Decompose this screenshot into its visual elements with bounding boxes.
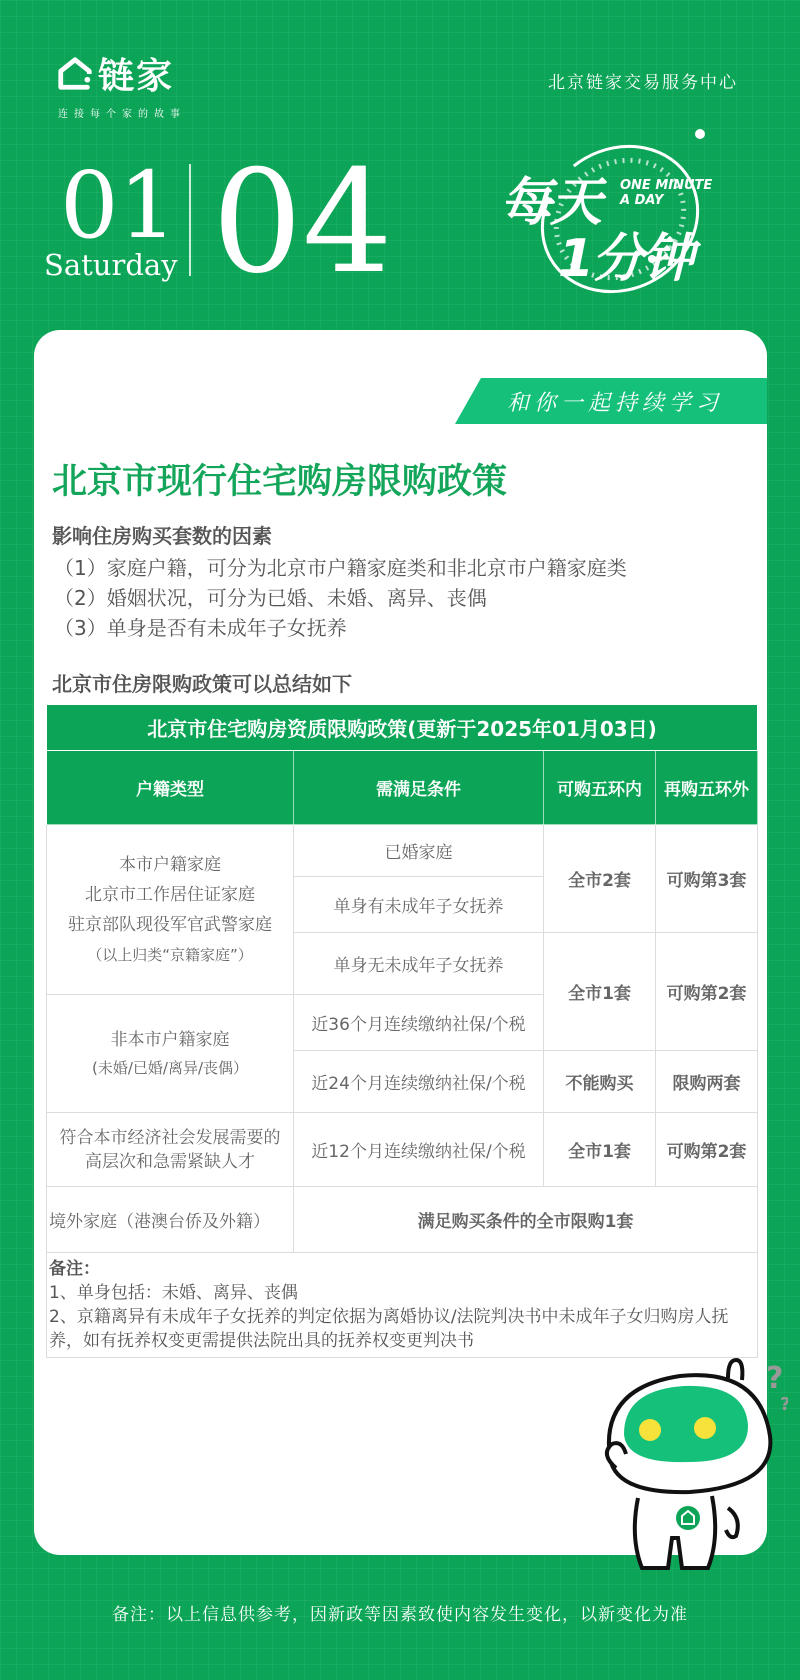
mascot-robot-icon: ? ? [588, 1348, 788, 1588]
factors-heading: 影响住房购买套数的因素 [52, 520, 627, 549]
date-day: 04 [212, 152, 393, 294]
page-title: 北京市现行住宅购房限购政策 [52, 454, 507, 504]
outer-ring-cell: 可购第2套 [656, 1113, 758, 1187]
factor-item: （2）婚姻状况，可分为已婚、未婚、离异、丧偶 [52, 583, 627, 613]
date-weekday: Saturday [44, 248, 178, 282]
svg-text:?: ? [766, 1361, 783, 1396]
condition-cell: 单身有未成年子女抚养 [294, 877, 544, 933]
table-row: 符合本市经济社会发展需要的 高层次和急需紧缺人才 近12个月连续缴纳社保/个税 … [47, 1113, 758, 1187]
badge-text-one-minute: 1分钟 [558, 216, 692, 291]
date-divider [189, 164, 191, 276]
rule-cell: 满足购买条件的全市限购1套 [294, 1187, 758, 1253]
one-minute-badge: 每天 ONE MINUTE A DAY 1分钟 [500, 124, 740, 314]
col-header: 再购五环外 [656, 751, 758, 825]
service-center-name: 北京链家交易服务中心 [548, 68, 738, 93]
brand-name: 链家 [98, 48, 174, 99]
badge-text-en: ONE MINUTE A DAY [620, 178, 712, 208]
hukou-type-cell: 符合本市经济社会发展需要的 高层次和急需紧缺人才 [47, 1113, 294, 1187]
factor-item: （3）单身是否有未成年子女抚养 [52, 613, 627, 643]
note-item: 1、单身包括：未婚、离异、丧偶 [49, 1281, 755, 1305]
notes-heading: 备注： [49, 1257, 755, 1281]
tag-banner: 和你一起持续学习 [455, 378, 767, 424]
condition-cell: 近24个月连续缴纳社保/个税 [294, 1051, 544, 1113]
factors-section: 影响住房购买套数的因素 （1）家庭户籍，可分为北京市户籍家庭类和非北京市户籍家庭… [52, 520, 627, 643]
notes-cell: 备注： 1、单身包括：未婚、离异、丧偶 2、京籍离异有未成年子女抚养的判定依据为… [47, 1253, 758, 1358]
outer-ring-cell: 限购两套 [656, 1051, 758, 1113]
col-header: 需满足条件 [294, 751, 544, 825]
factor-item: （1）家庭户籍，可分为北京市户籍家庭类和非北京市户籍家庭类 [52, 553, 627, 583]
inner-ring-cell: 全市1套 [544, 933, 656, 1051]
table-row: 本市户籍家庭 北京市工作居住证家庭 驻京部队现役军官武警家庭 （以上归类“京籍家… [47, 825, 758, 877]
inner-ring-cell: 不能购买 [544, 1051, 656, 1113]
hukou-type-cell: 本市户籍家庭 北京市工作居住证家庭 驻京部队现役军官武警家庭 （以上归类“京籍家… [47, 825, 294, 995]
inner-ring-cell: 全市2套 [544, 825, 656, 933]
date-month: 01 [60, 160, 177, 252]
note-item: 2、京籍离异有未成年子女抚养的判定依据为离婚协议/法院判决书中未成年子女归购房人… [49, 1305, 755, 1353]
policy-table: 北京市住宅购房资质限购政策(更新于2025年01月03日) 户籍类型 需满足条件… [46, 704, 758, 1358]
notes-row: 备注： 1、单身包括：未婚、离异、丧偶 2、京籍离异有未成年子女抚养的判定依据为… [47, 1253, 758, 1358]
condition-cell: 单身无未成年子女抚养 [294, 933, 544, 995]
brand-logo: 链家 连接每个家的故事 [56, 48, 186, 120]
house-icon [56, 55, 94, 93]
outer-ring-cell: 可购第3套 [656, 825, 758, 933]
condition-cell: 近36个月连续缴纳社保/个税 [294, 995, 544, 1051]
summary-heading: 北京市住房限购政策可以总结如下 [52, 668, 352, 697]
table-header-row: 户籍类型 需满足条件 可购五环内 再购五环外 [47, 751, 758, 825]
col-header: 可购五环内 [544, 751, 656, 825]
table-title: 北京市住宅购房资质限购政策(更新于2025年01月03日) [47, 705, 758, 751]
table-row: 境外家庭（港澳台侨及外籍） 满足购买条件的全市限购1套 [47, 1187, 758, 1253]
condition-cell: 近12个月连续缴纳社保/个税 [294, 1113, 544, 1187]
svg-text:?: ? [780, 1394, 788, 1415]
table-title-row: 北京市住宅购房资质限购政策(更新于2025年01月03日) [47, 705, 758, 751]
col-header: 户籍类型 [47, 751, 294, 825]
hukou-type-cell: 非本市户籍家庭 (未婚/已婚/离异/丧偶） [47, 995, 294, 1113]
brand-slogan: 连接每个家的故事 [58, 105, 186, 120]
poster-header: 链家 连接每个家的故事 北京链家交易服务中心 01 Saturday 04 每天… [0, 0, 800, 330]
condition-cell: 已婚家庭 [294, 825, 544, 877]
inner-ring-cell: 全市1套 [544, 1113, 656, 1187]
footer-disclaimer: 备注：以上信息供参考，因新政等因素致使内容发生变化，以新变化为准 [0, 1600, 800, 1625]
outer-ring-cell: 可购第2套 [656, 933, 758, 1051]
hukou-type-cell: 境外家庭（港澳台侨及外籍） [47, 1187, 294, 1253]
